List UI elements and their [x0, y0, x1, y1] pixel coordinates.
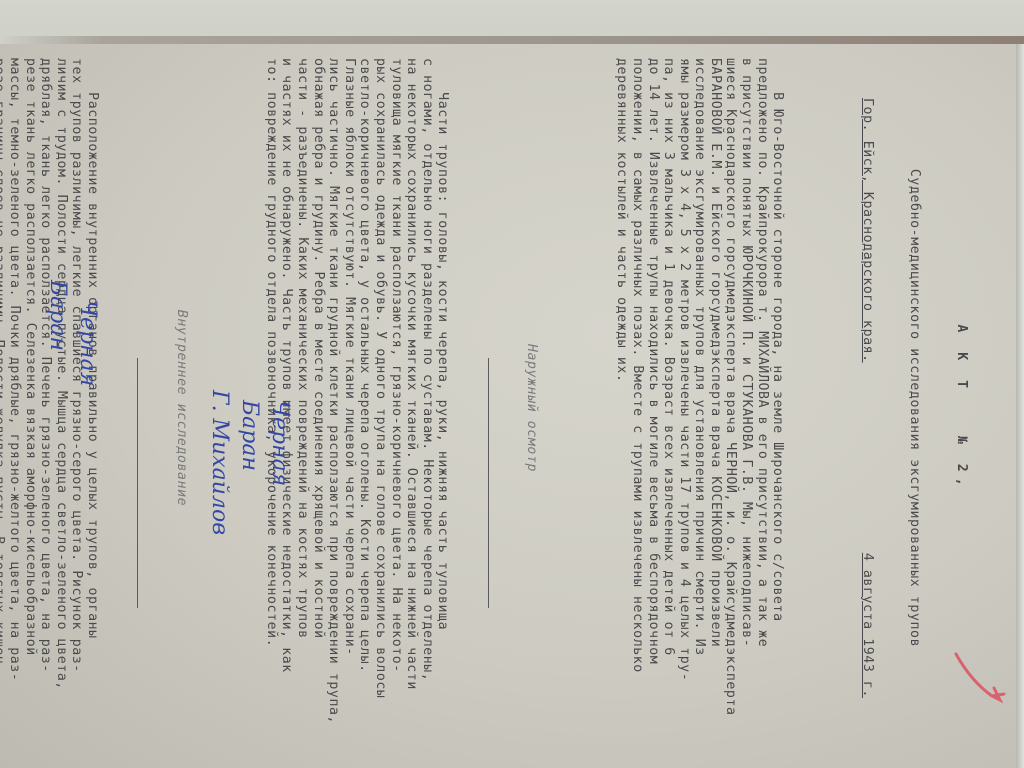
text-line: положении, в самых различных позах. Вмес…	[629, 58, 645, 758]
date: 4 августа 1943 г.	[860, 553, 876, 698]
document-subtitle: Судебно-медицинского исследования эксгум…	[906, 58, 922, 758]
text-line: обнажая ребра и грудину. Ребра в месте с…	[310, 58, 326, 758]
text-line: Глазные яблоки отсутствуют. Мягкие ткани…	[341, 58, 357, 758]
internal-exam-paragraph: Расположение внутренних органов правильн…	[0, 58, 100, 758]
heading-underline	[488, 358, 489, 608]
handwritten-signature-mikhailov: Г. Михайлов	[207, 390, 232, 535]
text-line: БАРАНОВОЙ Е.М. и Ейского горсудмедэкспер…	[707, 58, 723, 758]
text-line: шиеся Краснодарского горсудмедэксперта в…	[723, 58, 739, 758]
text-line: Расположение внутренних органов правильн…	[84, 58, 100, 758]
heading-underline	[137, 358, 138, 608]
text-line: рых сохранилась одежда и обувь. У одного…	[372, 58, 388, 758]
text-line: лись частично. Мягкие ткани грудной клет…	[326, 58, 342, 758]
text-line: дряблая, ткань легко расползается. Печен…	[38, 58, 54, 758]
text-line: светло-коричневого цвета, у остальных че…	[357, 58, 373, 758]
text-line: с ногами, отдельно ноги разделены по сус…	[419, 58, 435, 758]
text-line: личим с трудом. Полости сердца пустые. М…	[53, 58, 69, 758]
red-pencil-page-mark	[948, 650, 1018, 710]
text-line: предложено по. Крайпрокурора т. МИХАЙЛОВ…	[754, 58, 770, 758]
text-line: массы, темно-зеленого цвета. Почки дрябл…	[6, 58, 22, 758]
text-line: резе ткань легко расползается. Селезенка…	[22, 58, 38, 758]
text-line: резе границы слоев не различимы. Полости…	[0, 58, 6, 758]
handwritten-signature-chernaya: Черная	[267, 400, 292, 486]
handwritten-signature-baranova: Баран	[237, 400, 262, 471]
text-line: В Юго-Восточной стороне города, на земле…	[770, 58, 786, 758]
text-line: исследование эксгумированных трупов для …	[692, 58, 708, 758]
place: Гор. Ейск, Краснодарского края.	[860, 98, 876, 363]
handwritten-signature-baranova-2: Баран	[45, 280, 70, 351]
intro-paragraph: В Юго-Восточной стороне города, на земле…	[614, 58, 786, 758]
text-line: Части трупов: головы, кости черепа, руки…	[435, 58, 451, 758]
text-line: части - разъединены. Каких механических …	[294, 58, 310, 758]
handwritten-signature-chernaya-2: Черная	[75, 300, 100, 386]
text-line: туловища мягкие ткани расползаются, гряз…	[388, 58, 404, 758]
text-line: тех трупов различимы, легкие спавшиеся г…	[69, 58, 85, 758]
text-line: деревянных костылей и часть одежды их.	[614, 58, 630, 758]
text-line: ямы размером 3 х 4, 5 х 2 метров извлече…	[676, 58, 692, 758]
text-line: в присутствии понятых ЮРОЧКИНОЙ П. и СТУ…	[739, 58, 755, 758]
external-exam-heading: Наружный осмотр	[524, 58, 540, 758]
internal-exam-heading: Внутреннее исследование	[173, 58, 189, 758]
text-line: до 14 лет. Извлеченные трупы находились …	[645, 58, 661, 758]
text-line: па, из них 3 мальчика и 1 девочка. Возра…	[661, 58, 677, 758]
text-line: на некоторых сохранились кусочки мягких …	[404, 58, 420, 758]
place-date-line: Гор. Ейск, Краснодарского края. 4 август…	[860, 58, 876, 758]
document-text-block: А К Т № 2, Судебно-медицинского исследов…	[40, 58, 1000, 758]
